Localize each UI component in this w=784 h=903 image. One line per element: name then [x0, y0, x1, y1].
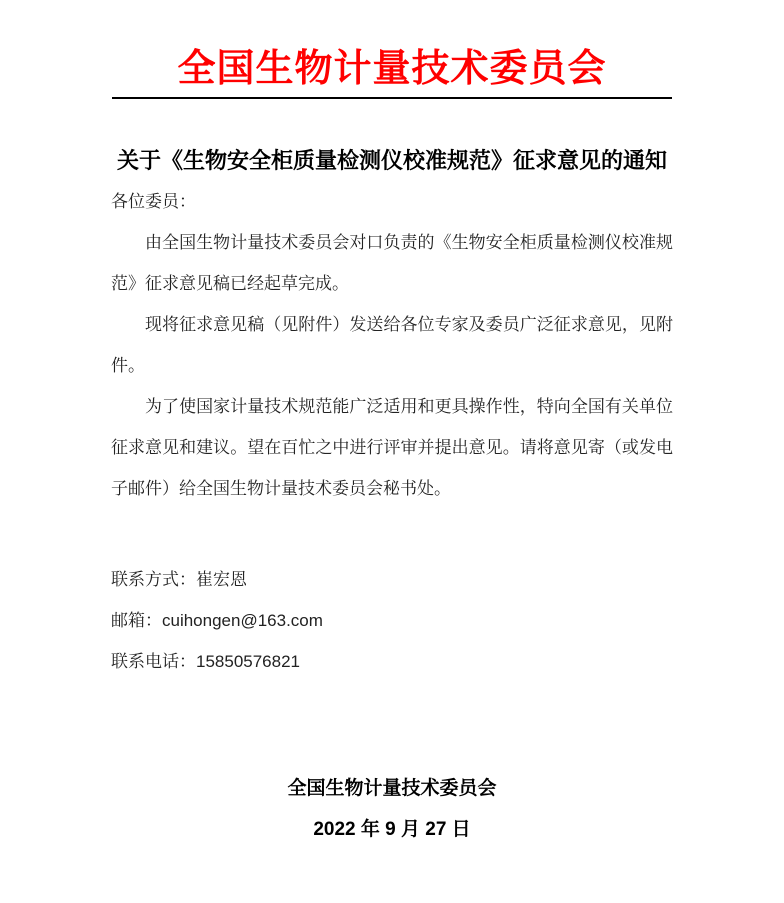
- notice-title: 关于《生物安全柜质量检测仪校准规范》征求意见的通知: [111, 145, 673, 177]
- paragraph-draft-completed: 由全国生物计量技术委员会对口负责的《生物安全柜质量检测仪校准规范》征求意见稿已经…: [111, 222, 673, 304]
- notice-text: 各位委员： 由全国生物计量技术委员会对口负责的《生物安全柜质量检测仪校准规范》征…: [111, 181, 673, 509]
- committee-letterhead-title: 全国生物计量技术委员会: [0, 45, 784, 93]
- signature-block: 全国生物计量技术委员会 2022 年 9 月 27 日: [111, 768, 673, 850]
- contact-person-label: 联系方式：: [111, 570, 196, 589]
- contact-phone-line: 联系电话：15850576821: [111, 641, 673, 682]
- document-page: 全国生物计量技术委员会 关于《生物安全柜质量检测仪校准规范》征求意见的通知 各位…: [0, 0, 784, 903]
- salutation: 各位委员：: [111, 181, 673, 222]
- notice-body: 关于《生物安全柜质量检测仪校准规范》征求意见的通知 各位委员： 由全国生物计量技…: [111, 145, 673, 850]
- contact-person-value: 崔宏恩: [196, 570, 247, 589]
- paragraph-request-feedback: 为了使国家计量技术规范能广泛适用和更具操作性，特向全国有关单位征求意见和建议。望…: [111, 386, 673, 509]
- contact-block: 联系方式：崔宏恩 邮箱：cuihongen@163.com 联系电话：15850…: [111, 559, 673, 682]
- contact-phone-value: 15850576821: [196, 652, 300, 671]
- contact-email-label: 邮箱：: [111, 611, 162, 630]
- contact-person-line: 联系方式：崔宏恩: [111, 559, 673, 600]
- contact-email-line: 邮箱：cuihongen@163.com: [111, 600, 673, 641]
- signature-organization: 全国生物计量技术委员会: [111, 768, 673, 809]
- contact-phone-label: 联系电话：: [111, 652, 196, 671]
- letterhead: 全国生物计量技术委员会: [0, 45, 784, 99]
- paragraph-sent-for-comments: 现将征求意见稿（见附件）发送给各位专家及委员广泛征求意见，见附件。: [111, 304, 673, 386]
- contact-email-value: cuihongen@163.com: [162, 611, 323, 630]
- signature-date: 2022 年 9 月 27 日: [111, 809, 673, 850]
- letterhead-divider: [112, 97, 672, 99]
